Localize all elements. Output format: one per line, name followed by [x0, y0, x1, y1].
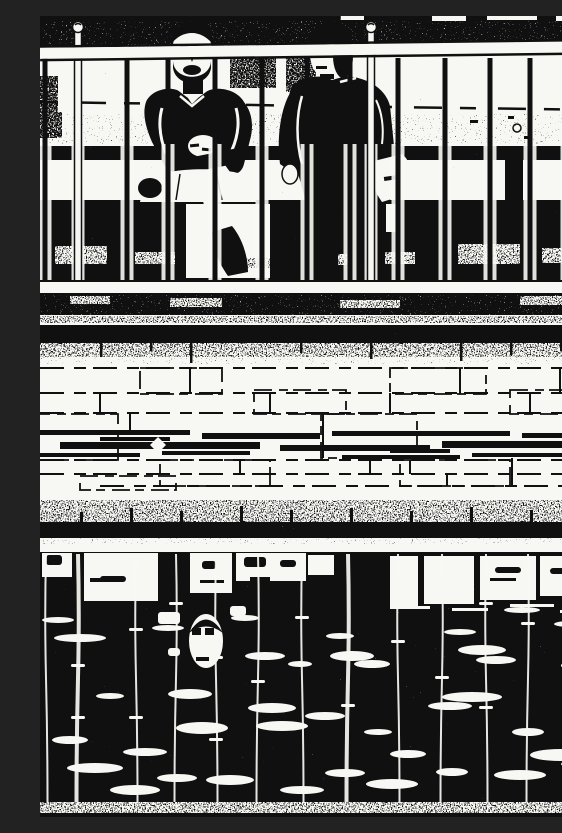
film-grain-overlay — [40, 16, 562, 817]
photo-canvas — [40, 16, 562, 817]
grain-light — [40, 16, 562, 817]
stencil-photo — [40, 16, 562, 817]
